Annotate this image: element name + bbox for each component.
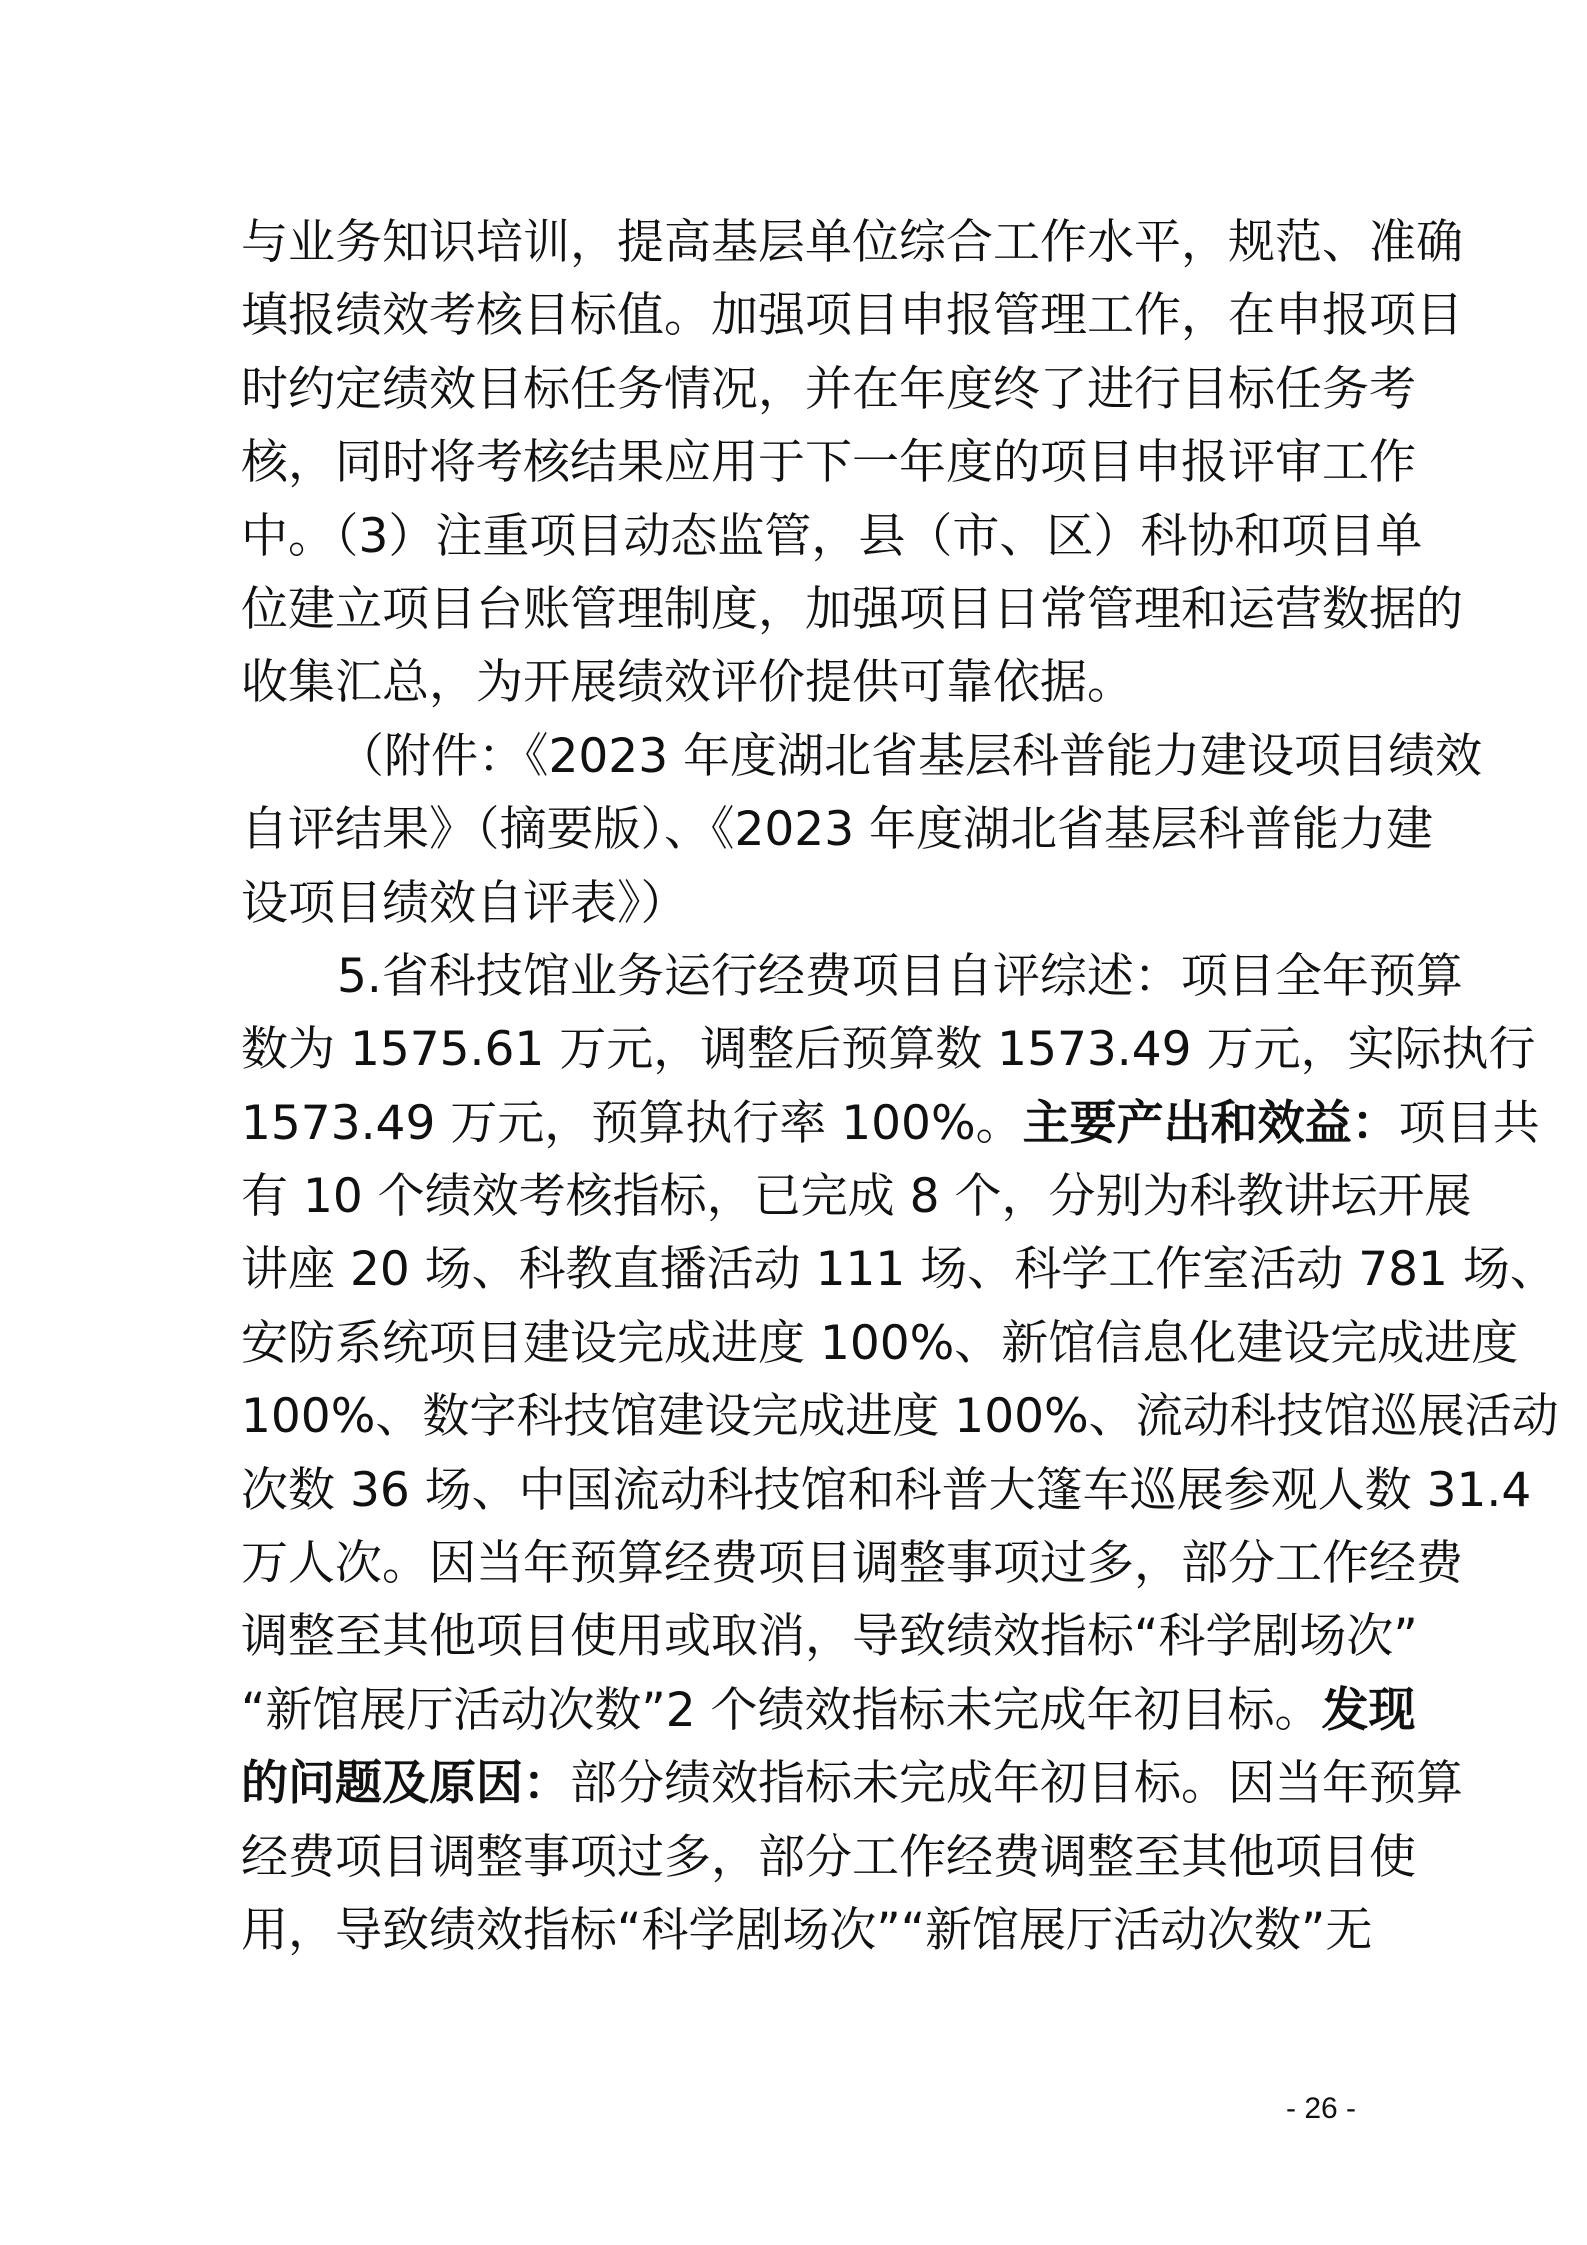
text-segment: 自评结果》（摘要版）、《2023 年度湖北省基层科普能力建: [241, 802, 1433, 857]
text-segment: 中。（3）注重项目动态监管，县（市、区）科协和项目单: [241, 509, 1422, 564]
text-segment: 核，同时将考核结果应用于下一年度的项目申报评审工作: [241, 435, 1416, 490]
text-line: 位建立项目台账管理制度，加强项目日常管理和运营数据的: [241, 573, 1347, 646]
text-segment: 时约定绩效目标任务情况，并在年度终了进行目标任务考: [241, 362, 1416, 417]
bold-heading-segment: 主要产出和效益：: [1023, 1096, 1399, 1151]
text-segment: 设项目绩效自评表》）: [241, 876, 688, 931]
text-line: 100%、数字科技馆建设完成进度 100%、流动科技馆巡展活动: [241, 1380, 1347, 1453]
text-line: 自评结果》（摘要版）、《2023 年度湖北省基层科普能力建: [241, 793, 1347, 866]
text-segment: 收集汇总，为开展绩效评价提供可靠依据。: [241, 655, 1134, 710]
text-line: 时约定绩效目标任务情况，并在年度终了进行目标任务考: [241, 353, 1347, 426]
text-segment: 100%、数字科技馆建设完成进度 100%、流动科技馆巡展活动: [241, 1389, 1559, 1444]
text-line: 核，同时将考核结果应用于下一年度的项目申报评审工作: [241, 426, 1347, 499]
text-line: 讲座 20 场、科教直播活动 111 场、科学工作室活动 781 场、: [241, 1233, 1347, 1306]
text-segment: 调整至其他项目使用或取消，导致绩效指标“科学剧场次”: [241, 1609, 1418, 1664]
text-segment: 有 10 个绩效考核指标，已完成 8 个，分别为科教讲坛开展: [241, 1169, 1471, 1224]
text-line: 万人次。因当年预算经费项目调整事项过多，部分工作经费: [241, 1527, 1347, 1600]
text-segment: （附件：《2023 年度湖北省基层科普能力建设项目绩效: [337, 729, 1482, 784]
text-line: 调整至其他项目使用或取消，导致绩效指标“科学剧场次”: [241, 1600, 1347, 1673]
text-line: 数为 1575.61 万元，调整后预算数 1573.49 万元，实际执行: [241, 1013, 1347, 1086]
text-line: 次数 36 场、中国流动科技馆和科普大篷车巡展参观人数 31.4: [241, 1454, 1347, 1527]
text-line: 5.省科技馆业务运行经费项目自评综述：项目全年预算: [241, 940, 1347, 1013]
text-line: “新馆展厅活动次数”2 个绩效指标未完成年初目标。发现: [241, 1674, 1347, 1747]
text-line: 的问题及原因：部分绩效指标未完成年初目标。因当年预算: [241, 1747, 1347, 1820]
text-segment: 部分绩效指标未完成年初目标。因当年预算: [570, 1756, 1463, 1811]
text-line: 设项目绩效自评表》）: [241, 867, 1347, 940]
text-segment: 次数 36 场、中国流动科技馆和科普大篷车巡展参观人数 31.4: [241, 1463, 1531, 1518]
text-segment: 安防系统项目建设完成进度 100%、新馆信息化建设完成进度: [241, 1316, 1518, 1371]
text-segment: 用，导致绩效指标“科学剧场次”“新馆展厅活动次数”无: [241, 1903, 1372, 1958]
text-line: 中。（3）注重项目动态监管，县（市、区）科协和项目单: [241, 500, 1347, 573]
body-text: 与业务知识培训，提高基层单位综合工作水平，规范、准确填报绩效考核目标值。加强项目…: [241, 206, 1347, 1967]
text-line: 安防系统项目建设完成进度 100%、新馆信息化建设完成进度: [241, 1307, 1347, 1380]
text-line: 与业务知识培训，提高基层单位综合工作水平，规范、准确: [241, 206, 1347, 279]
text-line: 收集汇总，为开展绩效评价提供可靠依据。: [241, 646, 1347, 719]
text-segment: “新馆展厅活动次数”2 个绩效指标未完成年初目标。: [241, 1683, 1322, 1738]
text-line: 经费项目调整事项过多，部分工作经费调整至其他项目使: [241, 1821, 1347, 1894]
text-line: 填报绩效考核目标值。加强项目申报管理工作，在申报项目: [241, 279, 1347, 352]
text-segment: 数为 1575.61 万元，调整后预算数 1573.49 万元，实际执行: [241, 1022, 1535, 1077]
text-line: 有 10 个绩效考核指标，已完成 8 个，分别为科教讲坛开展: [241, 1160, 1347, 1233]
document-page: 与业务知识培训，提高基层单位综合工作水平，规范、准确填报绩效考核目标值。加强项目…: [0, 0, 1587, 2245]
text-segment: 讲座 20 场、科教直播活动 111 场、科学工作室活动 781 场、: [241, 1242, 1557, 1297]
page-number: - 26 -: [1286, 2092, 1356, 2126]
text-segment: 位建立项目台账管理制度，加强项目日常管理和运营数据的: [241, 582, 1463, 637]
text-segment: 1573.49 万元，预算执行率 100%。: [241, 1096, 1023, 1151]
text-line: 用，导致绩效指标“科学剧场次”“新馆展厅活动次数”无: [241, 1894, 1347, 1967]
text-segment: 5.省科技馆业务运行经费项目自评综述：项目全年预算: [337, 949, 1463, 1004]
text-segment: 填报绩效考核目标值。加强项目申报管理工作，在申报项目: [241, 288, 1463, 343]
bold-heading-segment: 发现: [1322, 1683, 1416, 1738]
text-line: （附件：《2023 年度湖北省基层科普能力建设项目绩效: [241, 720, 1347, 793]
text-segment: 与业务知识培训，提高基层单位综合工作水平，规范、准确: [241, 215, 1463, 270]
bold-heading-segment: 的问题及原因：: [241, 1756, 570, 1811]
text-segment: 项目共: [1399, 1096, 1540, 1151]
text-segment: 经费项目调整事项过多，部分工作经费调整至其他项目使: [241, 1830, 1416, 1885]
text-segment: 万人次。因当年预算经费项目调整事项过多，部分工作经费: [241, 1536, 1463, 1591]
text-line: 1573.49 万元，预算执行率 100%。主要产出和效益：项目共: [241, 1087, 1347, 1160]
